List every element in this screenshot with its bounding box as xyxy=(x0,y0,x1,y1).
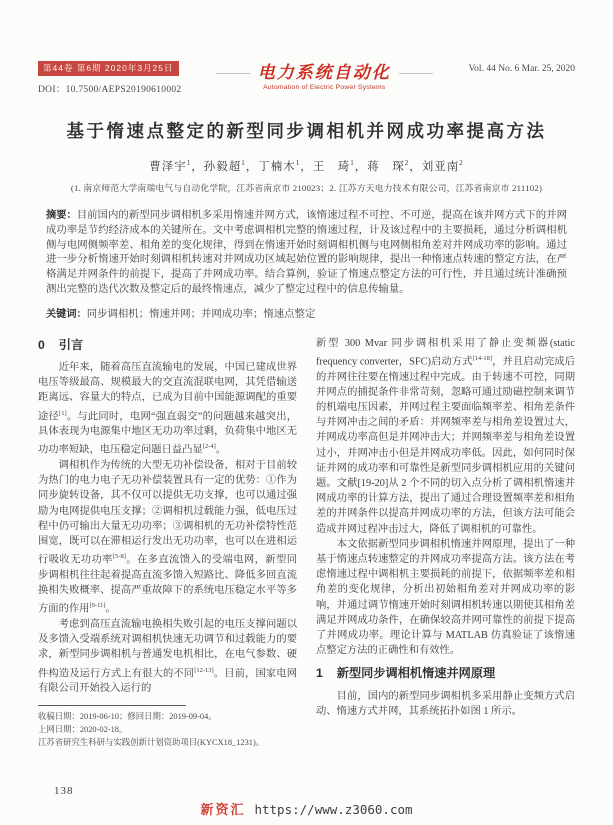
logo-left-rule xyxy=(216,73,250,74)
keywords-label: 关键词： xyxy=(46,309,87,320)
section-0-heading: 0引言 xyxy=(38,338,297,353)
body-columns: 0引言 近年来，随着高压直流输电的发展，中国已建成世界电压等级最高、规模最大的交… xyxy=(38,336,575,750)
paragraph: 本文依据新型同步调相机惰速并网原理，提出了一种基于惰速点转速整定的并网成功率提高… xyxy=(316,537,575,659)
paper-page: 第44卷 第6期 2020年3月25日 DOI：10.7500/AEPS2019… xyxy=(0,0,613,825)
journal-name-cn: 电力系统自动化 xyxy=(250,58,399,83)
paragraph-continuation: 新型 300 Mvar 同步调相机采用了静止变频器(static frequen… xyxy=(316,336,575,537)
volume-info: Vol. 44 No. 6 Mar. 25, 2020 xyxy=(433,64,575,74)
footnote-rule xyxy=(38,705,186,706)
journal-name-en: Automation of Electric Power Systems xyxy=(216,84,433,91)
right-column: 新型 300 Mvar 同步调相机采用了静止变频器(static frequen… xyxy=(316,336,575,750)
left-column: 0引言 近年来，随着高压直流输电的发展，中国已建成世界电压等级最高、规模最大的交… xyxy=(38,336,297,750)
keywords-block: 关键词：同步调相机；惰速并网；并网成功率；惰速点整定 xyxy=(46,305,567,320)
article-title: 基于惰速点整定的新型同步调相机并网成功率提高方法 xyxy=(40,118,573,143)
abstract-label: 摘要： xyxy=(46,210,77,221)
page-number: 138 xyxy=(54,785,74,797)
abstract-block: 摘要：目前国内的新型同步调相机多采用惰速并网方式，该惰速过程不可控、不可逆，提高… xyxy=(46,209,567,298)
section-0-title: 引言 xyxy=(59,338,83,352)
logo-right-rule xyxy=(399,73,433,74)
journal-logo-row: 电力系统自动化 xyxy=(216,58,433,83)
footnote-line: 上网日期：2020-02-18。 xyxy=(38,724,297,737)
paragraph: 近年来，随着高压直流输电的发展，中国已建成世界电压等级最高、规模最大的交直流混联… xyxy=(38,360,297,458)
watermark-brand: 新资汇 xyxy=(200,802,245,817)
header-left: 第44卷 第6期 2020年3月25日 DOI：10.7500/AEPS2019… xyxy=(38,58,216,95)
doi-text: DOI：10.7500/AEPS20190610002 xyxy=(38,81,216,95)
watermark: 新资汇https://www.z3060.com xyxy=(0,799,613,818)
watermark-url[interactable]: https://www.z3060.com xyxy=(254,802,412,817)
footnote-line: 江苏省研究生科研与实践创新计划资助项目(KYCX18_1231)。 xyxy=(38,737,297,750)
affiliation-line: (1. 南京师范大学南瑞电气与自动化学院，江苏省南京市 210023；2. 江苏… xyxy=(0,181,613,194)
section-1-heading: 1新型同步调相机惰速并网原理 xyxy=(316,666,575,681)
keywords-text: 同步调相机；惰速并网；并网成功率；惰速点整定 xyxy=(87,309,316,320)
section-1-number: 1 xyxy=(316,666,323,680)
abstract-text: 目前国内的新型同步调相机多采用惰速并网方式，该惰速过程不可控、不可逆，提高在该并… xyxy=(46,210,567,295)
paragraph: 调相机作为传统的大型无功补偿设备，相对于目前较为热门的电力电子无功补偿装置具有一… xyxy=(38,458,297,617)
authors-line: 曹泽宇1，孙毅超1，丁楠木1，王 琦1，蒋 琛2，刘亚南2 xyxy=(0,158,613,174)
issue-banner: 第44卷 第6期 2020年3月25日 xyxy=(38,61,179,76)
section-0-number: 0 xyxy=(38,338,45,352)
footnote-block: 收稿日期：2019-06-10；修回日期：2019-09-04。 上网日期：20… xyxy=(38,705,297,749)
journal-header: 第44卷 第6期 2020年3月25日 DOI：10.7500/AEPS2019… xyxy=(38,58,575,95)
paragraph: 目前，国内的新型同步调相机多采用静止变频方式启动、惰速方式并网，其系统拓扑如图 … xyxy=(316,689,575,719)
footnote-line: 收稿日期：2019-06-10；修回日期：2019-09-04。 xyxy=(38,711,297,724)
journal-logo: 电力系统自动化 Automation of Electric Power Sys… xyxy=(216,58,433,91)
section-1-title: 新型同步调相机惰速并网原理 xyxy=(337,666,495,680)
paragraph: 考虑到高压直流输电换相失败引起的电压支撑问题以及多馈入受端系统对调相机快速无功调… xyxy=(38,617,297,696)
